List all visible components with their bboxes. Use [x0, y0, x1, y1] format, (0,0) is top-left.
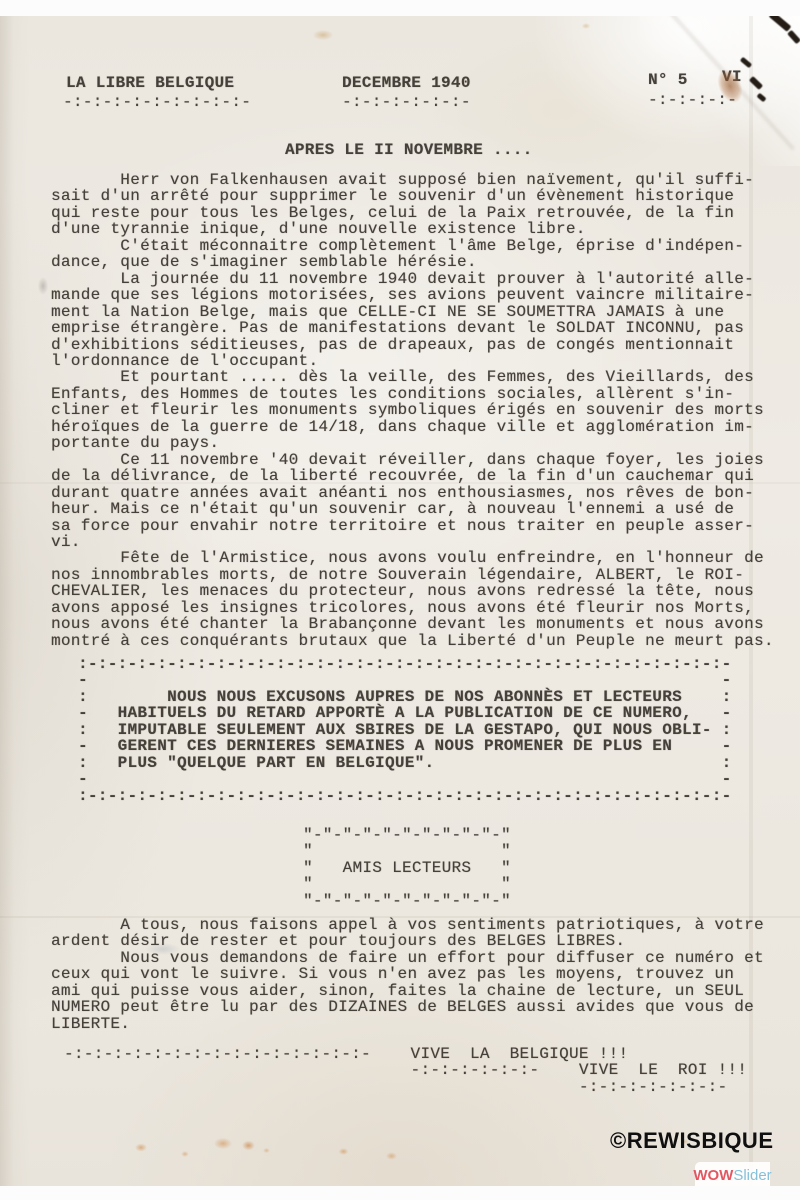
- stain: [337, 1147, 350, 1156]
- stain: [309, 28, 337, 42]
- stain: [240, 1139, 257, 1152]
- copyright-watermark: ©REWISBIQUE: [610, 1128, 774, 1154]
- apology-notice-box: :-:-:-:-:-:-:-:-:-:-:-:-:-:-:-:-:-:-:-:-…: [78, 656, 732, 804]
- ink-mark: [787, 30, 800, 44]
- ink-mark: [749, 76, 763, 90]
- slider-viewport: LA LIBRE BELGIQUE -:-:-:-:-:-:-:-:-:- DE…: [0, 0, 800, 1200]
- readers-banner: "-"-"-"-"-"-"-"-"-"-" " " " AMIS LECTEUR…: [303, 827, 511, 909]
- issue-annotation: VI: [722, 69, 742, 85]
- appeal-paragraph: A tous, nous faisons appel à vos sentime…: [51, 917, 764, 1032]
- issue-date: DECEMBRE 1940: [342, 75, 471, 91]
- ink-mark: [756, 93, 766, 103]
- newspaper-title: LA LIBRE BELGIQUE: [66, 75, 234, 91]
- stain: [180, 1150, 190, 1158]
- issue-underline: -:-:-:-:-: [648, 92, 737, 108]
- wowslider-badge[interactable]: WOWSlider: [695, 1162, 770, 1186]
- ink-mark: [769, 16, 792, 32]
- stain: [384, 1151, 399, 1161]
- scanned-newspaper-page: LA LIBRE BELGIQUE -:-:-:-:-:-:-:-:-:- DE…: [0, 16, 800, 1186]
- ink-mark: [740, 57, 752, 69]
- article-heading: APRES LE II NOVEMBRE ....: [285, 142, 533, 158]
- title-underline: -:-:-:-:-:-:-:-:-:-: [63, 94, 251, 110]
- wowslider-badge-light: Slider: [733, 1167, 771, 1184]
- article-body: Herr von Falkenhausen avait supposé bien…: [51, 172, 774, 649]
- stain: [580, 22, 592, 30]
- date-underline: -:-:-:-:-:-:-: [342, 94, 471, 110]
- wowslider-badge-bold: WOW: [693, 1167, 733, 1184]
- closing-slogans: -:-:-:-:-:-:-:-:-:-:-:-:-:-:-:- VIVE LA …: [64, 1046, 747, 1095]
- issue-number: N° 5: [648, 72, 688, 88]
- stain: [133, 1142, 149, 1153]
- stain: [211, 1136, 235, 1151]
- stain: [262, 1147, 271, 1154]
- smudge: [36, 274, 50, 298]
